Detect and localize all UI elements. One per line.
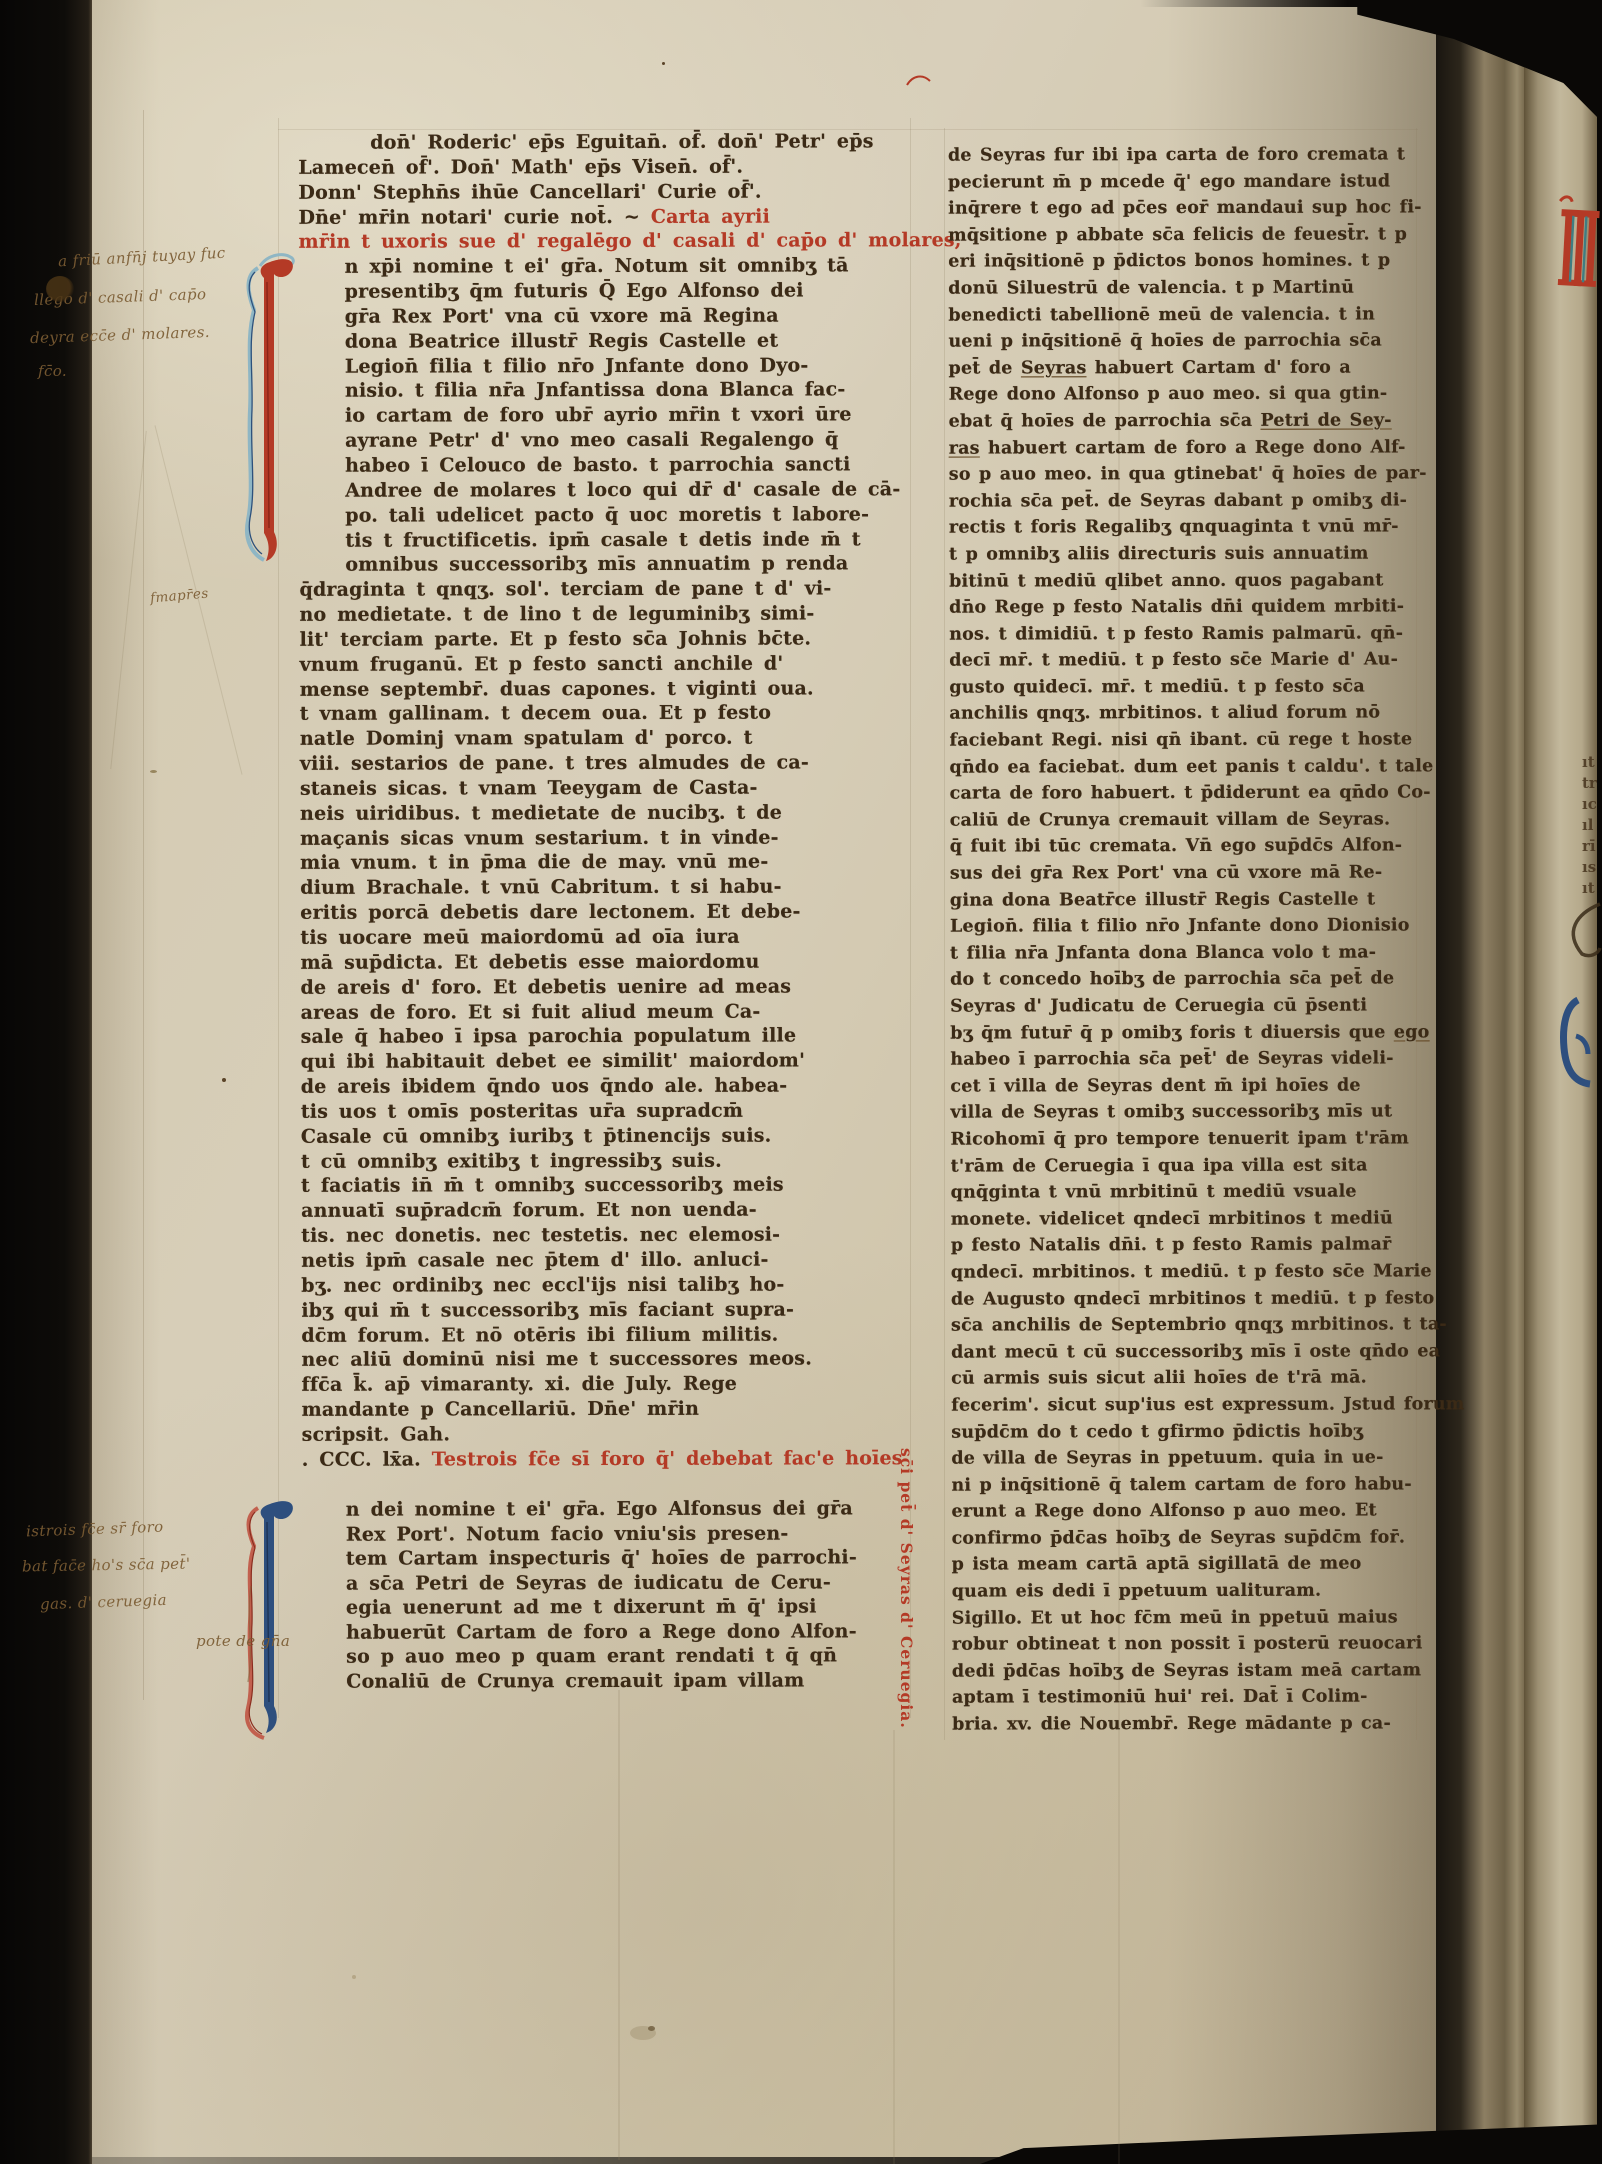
text-line: mense septembr̄. duas capones. t viginti… [300, 676, 916, 702]
next-folio-text-fragments: ıttrıcılrīısıt [1582, 752, 1602, 899]
body-text: Conaliū de Crunya cremauit ipam villam [346, 1669, 804, 1692]
body-text: dn̄o Rege p festo Natalis dn̄i quidem mr… [949, 597, 1404, 618]
body-text: bʒ q̄m futur̄ q̄ p omibʒ foris t diuersi… [950, 1022, 1394, 1043]
text-line: gina dona Beatr̄ce illustr̄ Regis Castel… [950, 886, 1422, 914]
body-text: eritis porcā debetis dare lectonem. Et d… [300, 901, 800, 924]
body-text: habeo ī Celouco de basto. t parrochia sa… [345, 453, 850, 476]
body-text: donū Siluestrū de valencia. t p Martinū [948, 278, 1354, 299]
body-text: tis uos t omīs posteritas ur̄a supradcm̄ [301, 1100, 743, 1123]
text-line: Rege dono Alfonso p auo meo. si qua gtin… [949, 381, 1421, 409]
photo-edge-bottom [92, 2157, 1602, 2164]
body-text: Lamecen̄ of̄'. Don̄' Math' ep̄s Visen̄. … [298, 155, 743, 178]
text-line: anchilis qnqʒ. mrbitinos. t aliud forum … [949, 700, 1421, 728]
text-line: scripsit. Gah. [302, 1421, 918, 1447]
text-line: don̄' Roderic' ep̄s Eguitan̄. of̄. don̄'… [298, 129, 914, 155]
text-line: lit' terciam parte. Et p festo sc̄a John… [300, 626, 916, 652]
body-text: Dn̄e' mr̄in notari' curie not̄. ~ [298, 205, 650, 228]
text-line: Rex Port'. Notum facio vniu'sis presen- [300, 1521, 916, 1547]
next-folio-red-initial-fragment [1549, 191, 1602, 295]
text-line: bʒ. nec ordinibʒ nec eccl'ijs nisi talib… [301, 1272, 917, 1298]
body-text: habuert Cartam d' foro a [1086, 357, 1350, 378]
text-column-left-lower: n dei nomine t ei' gr̄a. Ego Alfonsus de… [300, 1496, 917, 1694]
body-text: . CCC. lx̄a. [302, 1448, 432, 1470]
body-text: cet ī villa de Seyras dent m̄ ipi hoīes … [950, 1075, 1360, 1096]
body-text: villa de Seyras t omibʒ successoribʒ mīs… [950, 1102, 1392, 1123]
body-text: vnum fruganū. Et p festo sancti anchile … [300, 652, 784, 675]
body-text: habuerūt Cartam de foro a Rege dono Alfo… [346, 1620, 857, 1643]
body-text: dant mecū t cū successoribʒ mīs ī oste q… [951, 1341, 1440, 1362]
body-text: pet̄ de [948, 358, 1020, 378]
body-text: erunt a Rege dono Alfonso p auo meo. Et [951, 1501, 1376, 1522]
text-line: t vnam gallinam. t decem oua. Et p festo [300, 701, 916, 727]
body-text: Rex Port'. Notum facio vniu'sis presen- [346, 1522, 789, 1545]
text-line: tis. nec donetis. nec testetis. nec elem… [301, 1222, 917, 1248]
body-text: de Augusto qndecī mrbitinos t mediū. t p… [951, 1288, 1435, 1309]
body-text: n dei nomine t ei' gr̄a. Ego Alfonsus de… [346, 1497, 853, 1520]
body-text: confirmo p̄dc̄as hoībʒ de Seyras sup̄dc̄… [952, 1527, 1406, 1548]
text-line: benedicti tabellionē meū de valencia. t … [948, 301, 1420, 329]
body-text: tis uocare meū maiordomū ad oīa iura [300, 926, 739, 949]
text-column-right: de Seyras fur ibi ipa carta de foro crem… [948, 141, 1424, 1738]
text-line: natle Dominj vnam spatulam d' porco. t [300, 725, 916, 751]
speck [222, 1078, 226, 1082]
body-text: io cartam de foro ubr̄ ayrio mr̄in t vxo… [345, 404, 852, 427]
speck [150, 770, 157, 773]
text-line: qn̄do ea faciebat. dum eet panis t caldu… [950, 753, 1422, 781]
body-text: omnibus successoribʒ mīs annuatim p rend… [345, 553, 848, 576]
text-line: robur obtineat t non possit ī posterū re… [952, 1631, 1424, 1659]
body-text: mq̄sitione p abbate sc̄a felicis de feue… [948, 224, 1407, 245]
text-line: caliū de Crunya cremauit villam de Seyra… [950, 806, 1422, 834]
body-text: eri inq̄sitionē p p̄dictos bonos homines… [948, 251, 1390, 272]
text-line: habuerūt Cartam de foro a Rege dono Alfo… [300, 1619, 916, 1645]
photo-edge-left [0, 0, 92, 2164]
text-line: de Augusto qndecī mrbitinos t mediū. t p… [951, 1285, 1423, 1313]
text-line: nos. t dimidiū. t p festo Ramis palmarū.… [949, 620, 1421, 648]
margin-pen-stroke [243, 1584, 257, 1684]
text-line: mq̄sitione p abbate sc̄a felicis de feue… [948, 221, 1420, 249]
text-line: eri inq̄sitionē p p̄dictos bonos homines… [948, 248, 1420, 276]
body-text: Andree de molares t loco qui dr̄ d' casa… [345, 478, 900, 501]
body-text: sup̄dc̄m do t cedo t gfirmo p̄dictis hoī… [951, 1421, 1363, 1442]
body-text: Donn' Stephn̄s ihūe Cancellari' Curie of… [298, 180, 761, 203]
body-text: tis. nec donetis. nec testetis. nec elem… [301, 1224, 780, 1247]
text-line: dant mecū t cū successoribʒ mīs ī oste q… [951, 1338, 1423, 1366]
body-text: ueni p inq̄sitionē q̄ hoīes de parrochia… [948, 331, 1381, 352]
text-line: ras habuert cartam de foro a Rege dono A… [949, 434, 1421, 462]
text-line: t p omnibʒ aliis directuris suis annuati… [949, 540, 1421, 568]
body-text: so p auo meo. in qua gtinebat' q̄ hoīes … [949, 463, 1427, 484]
margin-note-top-line4: fc̄o. [38, 362, 67, 380]
body-text: netis ipm̄ casale nec p̄tem d' illo. anl… [301, 1249, 768, 1272]
text-line: so p auo meo. in qua gtinebat' q̄ hoīes … [949, 461, 1421, 489]
text-line: nec aliū dominū nisi me t successores me… [301, 1347, 917, 1373]
text-line: n xp̄i nomine t ei' gr̄a. Notum sit omni… [299, 253, 915, 279]
body-text: dona Beatrice illustr̄ Regis Castelle et [345, 329, 779, 352]
text-line: dedi p̄dc̄as hoībʒ de Seyras istam meā c… [952, 1657, 1424, 1685]
text-line: annuatī sup̄radcm̄ forum. Et non uenda- [301, 1197, 917, 1223]
text-line: viii. sestarios de pane. t tres almudes … [300, 750, 916, 776]
rubric-text: Carta ayrii [651, 205, 770, 227]
body-text: t faciatis in̄ m̄ t omnibʒ successoribʒ … [301, 1174, 784, 1197]
body-text: don̄' Roderic' ep̄s Eguitan̄. of̄. don̄'… [370, 130, 873, 153]
text-line: de villa de Seyras in ppetuum. quia in u… [951, 1444, 1423, 1472]
text-line: donū Siluestrū de valencia. t p Martinū [948, 274, 1420, 302]
next-folio-blue-initial-fragment [1548, 996, 1592, 1090]
text-line: villa de Seyras t omibʒ successoribʒ mīs… [950, 1099, 1422, 1127]
body-text: ayrane Petr' d' vno meo casali Regalengo… [345, 429, 838, 452]
body-text: caliū de Crunya cremauit villam de Seyra… [950, 809, 1391, 830]
text-line: dona Beatrice illustr̄ Regis Castelle et [299, 328, 915, 354]
body-text: ebat q̄ hoīes de parrochia sc̄a [949, 411, 1261, 432]
body-text: viii. sestarios de pane. t tres almudes … [300, 752, 809, 775]
speck [662, 62, 665, 65]
text-line: quam eis dedi ī ppetuum ualituram. [952, 1577, 1424, 1605]
text-line: t filia nr̄a Jnfanta dona Blanca volo t … [950, 939, 1422, 967]
text-line: ayrane Petr' d' vno meo casali Regalengo… [299, 427, 915, 453]
text-line: Donn' Stephn̄s ihūe Cancellari' Curie of… [298, 179, 914, 205]
body-text: cū armis suis sicut alii hoīes de t'rā m… [951, 1368, 1367, 1389]
text-line: sc̄a anchilis de Septembrio qnqʒ mrbitin… [951, 1312, 1423, 1340]
body-text: presentibʒ q̄m futuris Q̄ Ego Alfonso de… [345, 280, 804, 303]
body-text: faciebant Regi. nisi qn̄ ibant. cū rege … [949, 729, 1412, 750]
text-line: decī mr̄. t mediū. t p festo sc̄e Marie … [949, 647, 1421, 675]
text-line: p festo Natalis dn̄i. t p festo Ramis pa… [951, 1232, 1423, 1260]
ink-blot [46, 276, 74, 302]
body-text: p festo Natalis dn̄i. t p festo Ramis pa… [951, 1235, 1392, 1256]
body-text: scripsit. Gah. [302, 1423, 451, 1445]
stain [648, 2026, 655, 2031]
body-text: anchilis qnqʒ. mrbitinos. t aliud forum … [949, 703, 1380, 724]
body-text: Seyras d' Judicatu de Ceruegia cū p̄sent… [950, 996, 1367, 1017]
text-line: mia vnum. t in p̄ma die de may. vnū me- [300, 850, 916, 876]
text-line: ffc̄a k̄. ap̄ vimaranty. xi. die July. R… [301, 1371, 917, 1397]
body-text: no medietate. t de lino t de leguminibʒ … [299, 602, 814, 625]
body-text: sale q̄ habeo ī ipsa parochia populatum … [301, 1025, 797, 1048]
red-pen-squiggle [905, 72, 933, 90]
body-text: areas de foro. Et si fuit aliud meum Ca- [301, 1000, 761, 1023]
body-text: gusto quidecī. mr̄. t mediū. t p festo s… [949, 676, 1365, 697]
body-text: dium Brachale. t vnū Cabritum. t si habu… [300, 876, 781, 899]
text-line: habeo ī parrochia sc̄a pet̄' de Seyras v… [950, 1046, 1422, 1074]
body-text: nec aliū dominū nisi me t successores me… [301, 1348, 812, 1371]
text-line: t cū omnibʒ exitibʒ t ingressibʒ suis. [301, 1148, 917, 1174]
body-text: lit' terciam parte. Et p festo sc̄a John… [300, 627, 812, 650]
text-line: Lamecen̄ of̄'. Don̄' Math' ep̄s Visen̄. … [298, 154, 914, 180]
text-line: so p auo meo p quam erant rendati t q̄ q… [300, 1643, 916, 1669]
body-text: inq̄rere t ego ad pc̄es eor̄ mandaui sup… [948, 198, 1422, 219]
body-text: Ricohomī q̄ pro tempore tenuerit ipam t'… [950, 1128, 1408, 1149]
text-line: fecerim'. sicut sup'ius est expressum. J… [951, 1391, 1423, 1419]
crease [893, 1730, 895, 2164]
text-line: qui ibi habitauit debet ee similit' maio… [301, 1048, 917, 1074]
text-line: monete. videlicet qndecī mrbitinos t med… [951, 1205, 1423, 1233]
body-text: qndecī. mrbitinos. t mediū. t p festo sc… [951, 1261, 1432, 1282]
text-line: presentibʒ q̄m futuris Q̄ Ego Alfonso de… [299, 278, 915, 304]
text-line: inq̄rere t ego ad pc̄es eor̄ mandaui sup… [948, 195, 1420, 223]
text-line: confirmo p̄dc̄as hoībʒ de Seyras sup̄dc̄… [952, 1524, 1424, 1552]
text-line: netis ipm̄ casale nec p̄tem d' illo. anl… [301, 1247, 917, 1273]
text-line: Andree de molares t loco qui dr̄ d' casa… [299, 477, 915, 503]
body-text: so p auo meo p quam erant rendati t q̄ q… [346, 1644, 837, 1667]
margin-ruling-line [143, 110, 144, 1700]
body-text: staneis sicas. t vnam Teeygam de Casta- [300, 777, 758, 800]
body-text: habeo ī parrochia sc̄a pet̄' de Seyras v… [950, 1049, 1393, 1070]
text-line: sus dei gr̄a Rex Port' vna cū vxore mā R… [950, 859, 1422, 887]
text-line: erunt a Rege dono Alfonso p auo meo. Et [951, 1498, 1423, 1526]
text-line: a sc̄a Petri de Seyras de iudicatu de Ce… [300, 1570, 916, 1596]
text-line: io cartam de foro ubr̄ ayrio mr̄in t vxo… [299, 402, 915, 428]
body-text: quam eis dedi ī ppetuum ualituram. [952, 1581, 1322, 1602]
speck [1180, 1540, 1183, 1543]
speck [352, 1975, 356, 1979]
text-line: Dn̄e' mr̄in notari' curie not̄. ~ Carta … [298, 204, 914, 230]
text-line: sup̄dc̄m do t cedo t gfirmo p̄dictis hoī… [951, 1418, 1423, 1446]
body-text: t'rām de Ceruegia ī qua ipa villa est si… [951, 1155, 1368, 1176]
body-text: benedicti tabellionē meū de valencia. t … [948, 304, 1375, 325]
text-line: rochia sc̄a pet̄. de Seyras dabant p omi… [949, 487, 1421, 515]
text-line: q̄ fuit ibi tūc cremata. Vn̄ ego sup̄dc̄… [950, 833, 1422, 861]
text-line: ni p inq̄sitionē q̄ talem cartam de foro… [951, 1471, 1423, 1499]
body-text: ni p inq̄sitionē q̄ talem cartam de foro… [951, 1474, 1411, 1495]
body-text: maçanis sicas vnum sestarium. t in vinde… [300, 826, 779, 849]
text-line: de Seyras fur ibi ipa carta de foro crem… [948, 141, 1420, 169]
body-text: egia uenerunt ad me t dixerunt m̄ q̄' ip… [346, 1595, 817, 1618]
text-line: dium Brachale. t vnū Cabritum. t si habu… [300, 875, 916, 901]
margin-note-bottom-line2: bat fac̄e ho's sc̄a pet̄' [22, 1555, 191, 1576]
body-text: bʒ. nec ordinibʒ nec eccl'ijs nisi talib… [301, 1273, 784, 1296]
text-line: bria. xv. die Nouembr̄. Rege mādante p c… [952, 1710, 1424, 1738]
body-text: t p omnibʒ aliis directuris suis annuati… [949, 543, 1369, 564]
text-line: dc̄m forum. Et nō otēris ibi filium mili… [301, 1322, 917, 1348]
text-line: ibʒ qui m̄ t successoribʒ mīs faciant su… [301, 1297, 917, 1323]
body-text: neis uiridibus. t medietate de nucibʒ. t… [300, 801, 782, 824]
body-text: rectis t foris Regalibʒ qnquaginta t vnū… [949, 517, 1399, 538]
body-text: de villa de Seyras in ppetuum. quia in u… [951, 1448, 1383, 1469]
text-line: qnq̄ginta t vnū mrbitinū t mediū vsuale [951, 1179, 1423, 1207]
page-curl-edge [1436, 0, 1524, 2164]
body-text: mandante p Cancellariū. Dn̄e' mr̄in [302, 1398, 700, 1421]
text-line: faciebant Regi. nisi qn̄ ibant. cū rege … [949, 726, 1421, 754]
text-line: Ricohomī q̄ pro tempore tenuerit ipam t'… [950, 1125, 1422, 1153]
manuscript-photo: { "colors":{ "ink":"#3b2a16","rubric_red… [0, 0, 1602, 2164]
body-text: tem Cartam inspecturis q̄' hoīes de parr… [346, 1546, 857, 1569]
text-line: Legion̄ filia t filio nr̄o Jnfante dono … [299, 353, 915, 379]
text-line: cet ī villa de Seyras dent m̄ ipi hoīes … [950, 1072, 1422, 1100]
text-line: Casale cū omnibʒ iuribʒ t p̄tinencijs su… [301, 1123, 917, 1149]
body-text: Legion̄. filia t filio nr̄o Jnfante dono… [950, 916, 1410, 937]
body-text: gr̄a Rex Port' vna cū vxore mā Regina [345, 304, 779, 327]
text-line: q̄draginta t qnqʒ. sol'. terciam de pane… [299, 576, 915, 602]
body-text: ibʒ qui m̄ t successoribʒ mīs faciant su… [301, 1298, 794, 1321]
column-ruling-line [944, 128, 945, 1740]
body-text: carta de foro habuert. t p̄diderunt ea q… [950, 783, 1431, 804]
body-text: nos. t dimidiū. t p festo Ramis palmarū.… [949, 623, 1403, 644]
body-text: ffc̄a k̄. ap̄ vimaranty. xi. die July. R… [301, 1373, 737, 1396]
text-line: omnibus successoribʒ mīs annuatim p rend… [299, 552, 915, 578]
text-line: bʒ q̄m futur̄ q̄ p omibʒ foris t diuersi… [950, 1019, 1422, 1047]
body-text: ego [1394, 1022, 1430, 1042]
rubric-text: mr̄in t uxoris sue d' regalēgo d' casali… [299, 229, 962, 253]
text-line: de areis ibidem q̄ndo uos q̄ndo ale. hab… [301, 1073, 917, 1099]
text-line: qndecī. mrbitinos. t mediū. t p festo sc… [951, 1258, 1423, 1286]
body-text: qn̄do ea faciebat. dum eet panis t caldu… [950, 756, 1434, 777]
body-text: sus dei gr̄a Rex Port' vna cū vxore mā R… [950, 863, 1383, 884]
body-text: mā sup̄dicta. Et debetis esse maiordomu [300, 950, 759, 973]
decorated-initial-first [238, 248, 304, 568]
body-text: natle Dominj vnam spatulam d' porco. t [300, 727, 753, 750]
body-text: aptam ī testimoniū hui' rei. Dat̄ ī Coli… [952, 1687, 1368, 1708]
next-folio-swash-fragment [1556, 898, 1602, 960]
text-line: sale q̄ habeo ī ipsa parochia populatum … [301, 1024, 917, 1050]
text-line: nisio. t filia nr̄a Jnfantissa dona Blan… [299, 378, 915, 404]
text-line: egia uenerunt ad me t dixerunt m̄ q̄' ip… [300, 1594, 916, 1620]
body-text: gina dona Beatr̄ce illustr̄ Regis Castel… [950, 889, 1375, 910]
speck [420, 1086, 423, 1089]
text-line: mandante p Cancellariū. Dn̄e' mr̄in [302, 1396, 918, 1422]
body-text: fecerim'. sicut sup'ius est expressum. J… [951, 1394, 1464, 1415]
body-text: tis t fructificetis. ipm̄ casale t detis… [345, 528, 861, 551]
initial-flourish-art [238, 248, 304, 568]
text-line: Conaliū de Crunya cremauit ipam villam [300, 1668, 916, 1694]
text-line: ebat q̄ hoīes de parrochia sc̄a Petri de… [949, 407, 1421, 435]
text-line: tis uocare meū maiordomū ad oīa iura [300, 924, 916, 950]
body-text: t vnam gallinam. t decem oua. Et p festo [300, 702, 771, 725]
body-text: annuatī sup̄radcm̄ forum. Et non uenda- [301, 1199, 757, 1222]
text-line: no medietate. t de lino t de leguminibʒ … [299, 601, 915, 627]
body-text: Casale cū omnibʒ iuribʒ t p̄tinencijs su… [301, 1124, 772, 1147]
text-line: carta de foro habuert. t p̄diderunt ea q… [950, 780, 1422, 808]
body-text: de areis ibidem q̄ndo uos q̄ndo ale. hab… [301, 1075, 788, 1098]
text-line: Sigillo. Et ut hoc fc̄m meū in ppetuū ma… [952, 1604, 1424, 1632]
text-line: n dei nomine t ei' gr̄a. Ego Alfonsus de… [300, 1496, 916, 1522]
body-text: robur obtineat t non possit ī posterū re… [952, 1634, 1423, 1655]
text-line: maçanis sicas vnum sestarium. t in vinde… [300, 825, 916, 851]
text-line: . CCC. lx̄a. Testrois fc̄e sī foro q̄' d… [302, 1446, 918, 1472]
body-text: mia vnum. t in p̄ma die de may. vnū me- [300, 851, 768, 874]
text-line: neis uiridibus. t medietate de nucibʒ. t… [300, 800, 916, 826]
text-line: Seyras d' Judicatu de Ceruegia cū p̄sent… [950, 992, 1422, 1020]
body-text: nisio. t filia nr̄a Jnfantissa dona Blan… [345, 379, 846, 402]
text-line: gr̄a Rex Port' vna cū vxore mā Regina [299, 303, 915, 329]
body-text: q̄draginta t qnqʒ. sol'. terciam de pane… [299, 578, 831, 601]
text-line: vnum fruganū. Et p festo sancti anchile … [300, 651, 916, 677]
vertical-rubric: sc̄i pet̄ d' Seyras d' Ceruegia. [897, 1448, 916, 1778]
text-line: tis t fructificetis. ipm̄ casale t detis… [299, 527, 915, 553]
body-text: p ista meam cartā aptā sigillatā de meo [952, 1554, 1362, 1575]
body-text: dc̄m forum. Et nō otēris ibi filium mili… [301, 1323, 778, 1346]
rubric-text: Testrois fc̄e sī foro q̄' debebat fac'e … [432, 1447, 903, 1470]
body-text: sc̄a anchilis de Septembrio qnqʒ mrbitin… [951, 1314, 1447, 1335]
text-line: Legion̄. filia t filio nr̄o Jnfante dono… [950, 913, 1422, 941]
text-line: pecierunt m̄ p mcede q̄' ego mandare ist… [948, 168, 1420, 196]
text-line: dn̄o Rege p festo Natalis dn̄i quidem mr… [949, 593, 1421, 621]
body-text: do t concedo hoībʒ de parrochia sc̄a pet… [950, 969, 1394, 990]
body-text: qnq̄ginta t vnū mrbitinū t mediū vsuale [951, 1182, 1357, 1203]
text-line: staneis sicas. t vnam Teeygam de Casta- [300, 775, 916, 801]
text-column-left-upper: don̄' Roderic' ep̄s Eguitan̄. of̄. don̄'… [298, 129, 918, 1472]
text-line: tem Cartam inspecturis q̄' hoīes de parr… [300, 1545, 916, 1571]
text-line: mr̄in t uxoris sue d' regalēgo d' casali… [299, 229, 915, 255]
body-text: qui ibi habitauit debet ee similit' maio… [301, 1050, 805, 1073]
text-line: gusto quidecī. mr̄. t mediū. t p festo s… [949, 673, 1421, 701]
body-text: habuert cartam de foro a Rege dono Alf- [980, 437, 1406, 458]
text-line: areas de foro. Et si fuit aliud meum Ca- [301, 999, 917, 1025]
text-line: rectis t foris Regalibʒ qnquaginta t vnū… [949, 514, 1421, 542]
body-text: Sigillo. Et ut hoc fc̄m meū in ppetuū ma… [952, 1607, 1398, 1628]
crease [618, 1690, 620, 2160]
body-text: bria. xv. die Nouembr̄. Rege mādante p c… [952, 1713, 1391, 1734]
body-text: Legion̄ filia t filio nr̄o Jnfante dono … [345, 354, 809, 377]
body-text: bitinū t mediū qlibet anno. quos pagaban… [949, 570, 1383, 591]
body-text: q̄ fuit ibi tūc cremata. Vn̄ ego sup̄dc̄… [950, 836, 1403, 857]
text-line: aptam ī testimoniū hui' rei. Dat̄ ī Coli… [952, 1684, 1424, 1712]
body-text: Petri de Sey- [1261, 410, 1392, 430]
body-text: a sc̄a Petri de Seyras de iudicatu de Ce… [346, 1571, 831, 1594]
photo-edge-top [1140, 0, 1602, 7]
body-text: dedi p̄dc̄as hoībʒ de Seyras istam meā c… [952, 1660, 1421, 1681]
body-text: de Seyras fur ibi ipa carta de foro crem… [948, 144, 1405, 165]
body-text: po. tali udelicet pacto q̄ uoc moretis t… [345, 503, 869, 526]
text-line: cū armis suis sicut alii hoīes de t'rā m… [951, 1365, 1423, 1393]
text-line: do t concedo hoībʒ de parrochia sc̄a pet… [950, 966, 1422, 994]
text-line: t'rām de Ceruegia ī qua ipa villa est si… [951, 1152, 1423, 1180]
text-line: tis uos t omīs posteritas ur̄a supradcm̄ [301, 1098, 917, 1124]
photo-edge-right [1597, 0, 1602, 2164]
text-line: mā sup̄dicta. Et debetis esse maiordomu [300, 949, 916, 975]
body-text: Seyras [1021, 358, 1087, 378]
body-text: Rege dono Alfonso p auo meo. si qua gtin… [949, 384, 1388, 405]
body-text: rochia sc̄a pet̄. de Seyras dabant p omi… [949, 490, 1407, 511]
body-text: de areis d' foro. Et debetis uenire ad m… [300, 975, 791, 998]
text-line: eritis porcā debetis dare lectonem. Et d… [300, 899, 916, 925]
body-text: mense septembr̄. duas capones. t viginti… [300, 677, 814, 700]
text-line: habeo ī Celouco de basto. t parrochia sa… [299, 452, 915, 478]
text-line: ueni p inq̄sitionē q̄ hoīes de parrochia… [948, 328, 1420, 356]
body-text: t cū omnibʒ exitibʒ t ingressibʒ suis. [301, 1149, 722, 1172]
body-text: ras [949, 438, 980, 458]
text-line: po. tali udelicet pacto q̄ uoc moretis t… [299, 502, 915, 528]
body-text: t filia nr̄a Jnfanta dona Blanca volo t … [950, 942, 1376, 963]
text-line: bitinū t mediū qlibet anno. quos pagaban… [949, 567, 1421, 595]
body-text: n xp̄i nomine t ei' gr̄a. Notum sit omni… [345, 255, 849, 278]
body-text: monete. videlicet qndecī mrbitinos t med… [951, 1208, 1393, 1229]
text-line: p ista meam cartā aptā sigillatā de meo [952, 1551, 1424, 1579]
body-text: pecierunt m̄ p mcede q̄' ego mandare ist… [948, 171, 1390, 192]
body-text: decī mr̄. t mediū. t p festo sc̄e Marie … [949, 650, 1398, 671]
text-line: pet̄ de Seyras habuert Cartam d' foro a [948, 354, 1420, 382]
text-line: t faciatis in̄ m̄ t omnibʒ successoribʒ … [301, 1173, 917, 1199]
text-line: de areis d' foro. Et debetis uenire ad m… [300, 974, 916, 1000]
